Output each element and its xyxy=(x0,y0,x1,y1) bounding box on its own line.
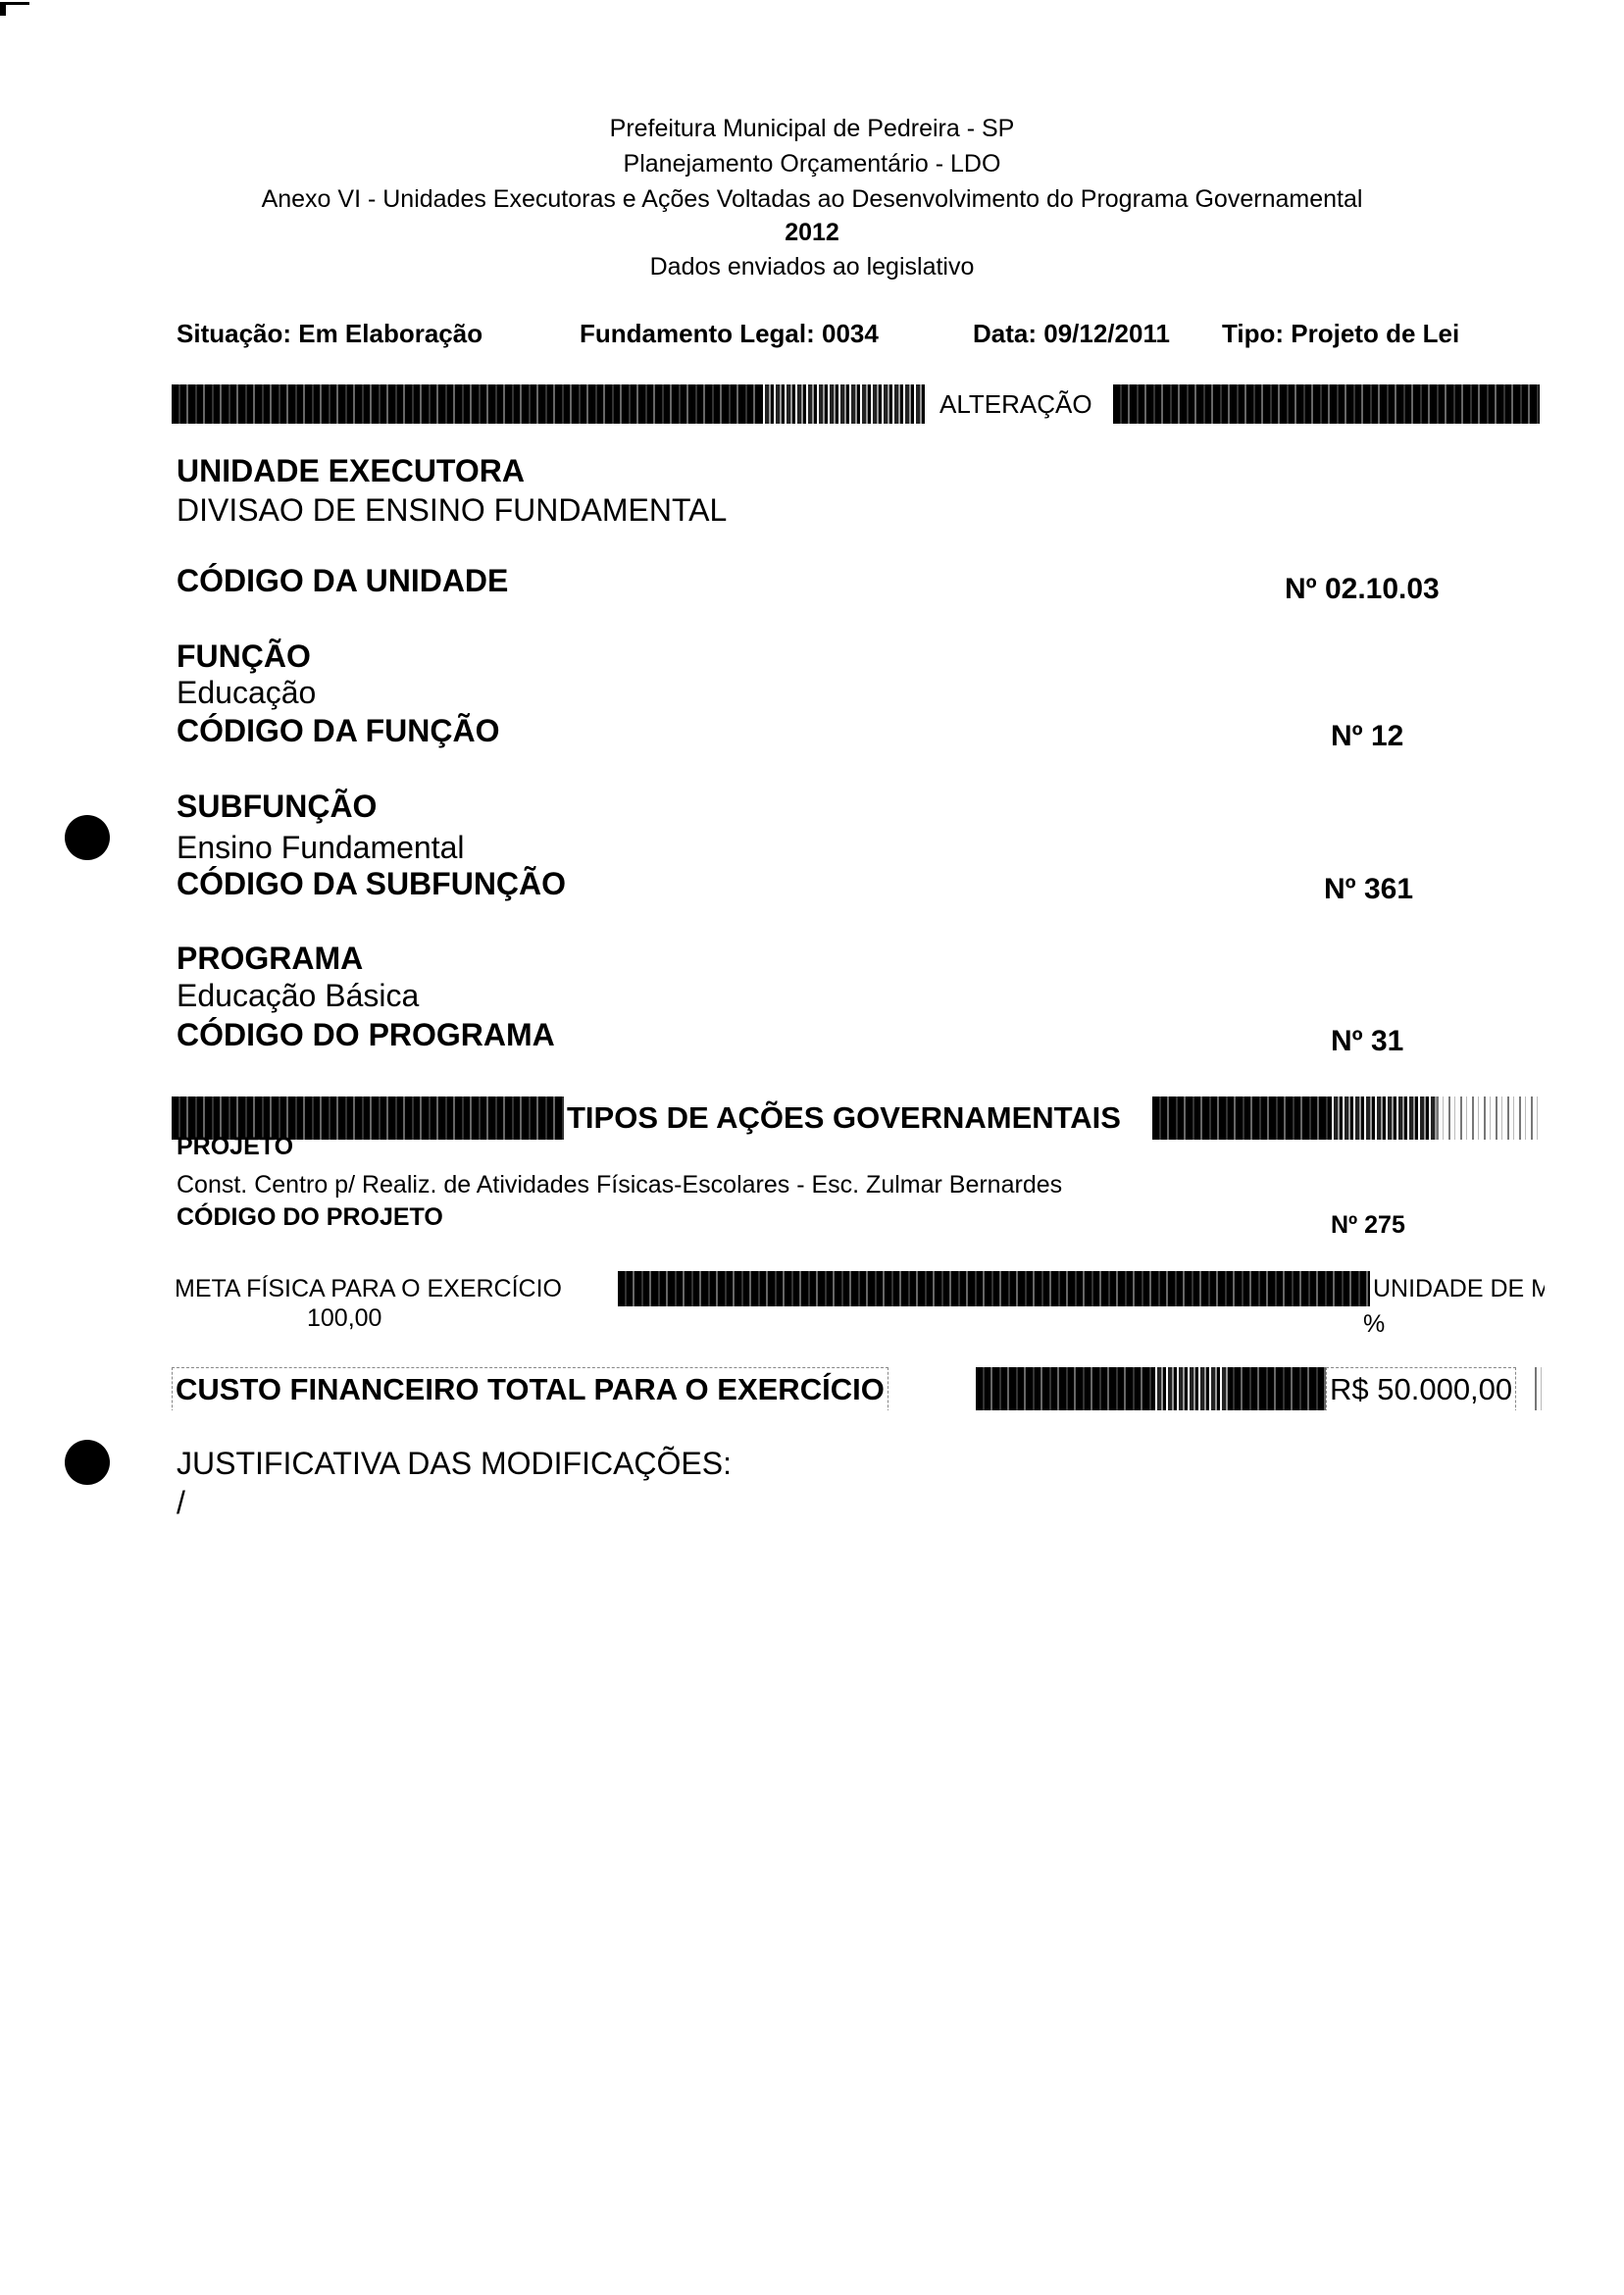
justificativa-value: / xyxy=(177,1485,185,1521)
justificativa-label: JUSTIFICATIVA DAS MODIFICAÇÕES: xyxy=(177,1446,732,1482)
subfuncao-code-value: Nº 361 xyxy=(1324,873,1413,906)
meta-fisica-value: 100,00 xyxy=(307,1304,381,1333)
punch-hole-top xyxy=(65,815,110,860)
unidade-medida-label: UNIDADE DE MEDIDA xyxy=(1370,1271,1545,1306)
programa-code-value: Nº 31 xyxy=(1331,1025,1403,1058)
tipos-acoes-banner: TIPOS DE AÇÕES GOVERNAMENTAIS xyxy=(172,1096,1540,1140)
programa-code-label: CÓDIGO DO PROGRAMA xyxy=(177,1017,555,1053)
header-year: 2012 xyxy=(0,218,1624,247)
custo-financeiro-value: R$ 50.000,00 xyxy=(1326,1367,1516,1410)
funcao-name: Educação xyxy=(177,675,316,711)
tipos-acoes-label: TIPOS DE AÇÕES GOVERNAMENTAIS xyxy=(564,1096,1124,1140)
header-subtitle: Dados enviados ao legislativo xyxy=(0,252,1624,281)
unidade-title: UNIDADE EXECUTORA xyxy=(177,453,525,489)
unidade-code-value: Nº 02.10.03 xyxy=(1285,573,1440,606)
funcao-code-value: Nº 12 xyxy=(1331,720,1403,753)
funcao-code-label: CÓDIGO DA FUNÇÃO xyxy=(177,713,499,749)
alteracao-banner: ALTERAÇÃO xyxy=(172,384,1540,424)
scan-corner-mark xyxy=(0,2,29,5)
status-situacao: Situação: Em Elaboração xyxy=(177,319,482,349)
programa-title: PROGRAMA xyxy=(177,941,363,977)
projeto-name: Const. Centro p/ Realiz. de Atividades F… xyxy=(177,1171,1062,1199)
punch-hole-bottom xyxy=(65,1440,110,1485)
funcao-title: FUNÇÃO xyxy=(177,638,311,675)
meta-fisica-label: META FÍSICA PARA O EXERCÍCIO xyxy=(172,1271,565,1306)
status-data: Data: 09/12/2011 xyxy=(973,319,1170,349)
status-tipo: Tipo: Projeto de Lei xyxy=(1222,319,1459,349)
projeto-code-label: CÓDIGO DO PROJETO xyxy=(177,1203,443,1232)
subfuncao-title: SUBFUNÇÃO xyxy=(177,789,377,825)
programa-name: Educação Básica xyxy=(177,978,419,1014)
alteracao-label: ALTERAÇÃO xyxy=(937,384,1095,424)
header-annex: Anexo VI - Unidades Executoras e Ações V… xyxy=(0,184,1624,214)
projeto-title: PROJETO xyxy=(177,1133,293,1161)
meta-fisica-banner: META FÍSICA PARA O EXERCÍCIO UNIDADE DE … xyxy=(172,1271,1545,1306)
subfuncao-name: Ensino Fundamental xyxy=(177,830,465,866)
subfuncao-code-label: CÓDIGO DA SUBFUNÇÃO xyxy=(177,866,566,902)
header-municipality: Prefeitura Municipal de Pedreira - SP xyxy=(0,114,1624,143)
unidade-medida-value: % xyxy=(1363,1310,1385,1339)
status-fundamento-legal: Fundamento Legal: 0034 xyxy=(580,319,879,349)
unidade-name: DIVISAO DE ENSINO FUNDAMENTAL xyxy=(177,492,727,529)
projeto-code-value: Nº 275 xyxy=(1331,1211,1405,1240)
custo-financeiro-label: CUSTO FINANCEIRO TOTAL PARA O EXERCÍCIO xyxy=(172,1367,888,1410)
unidade-code-label: CÓDIGO DA UNIDADE xyxy=(177,563,508,599)
custo-financeiro-banner: CUSTO FINANCEIRO TOTAL PARA O EXERCÍCIO … xyxy=(172,1367,1545,1410)
header-planning: Planejamento Orçamentário - LDO xyxy=(0,149,1624,178)
